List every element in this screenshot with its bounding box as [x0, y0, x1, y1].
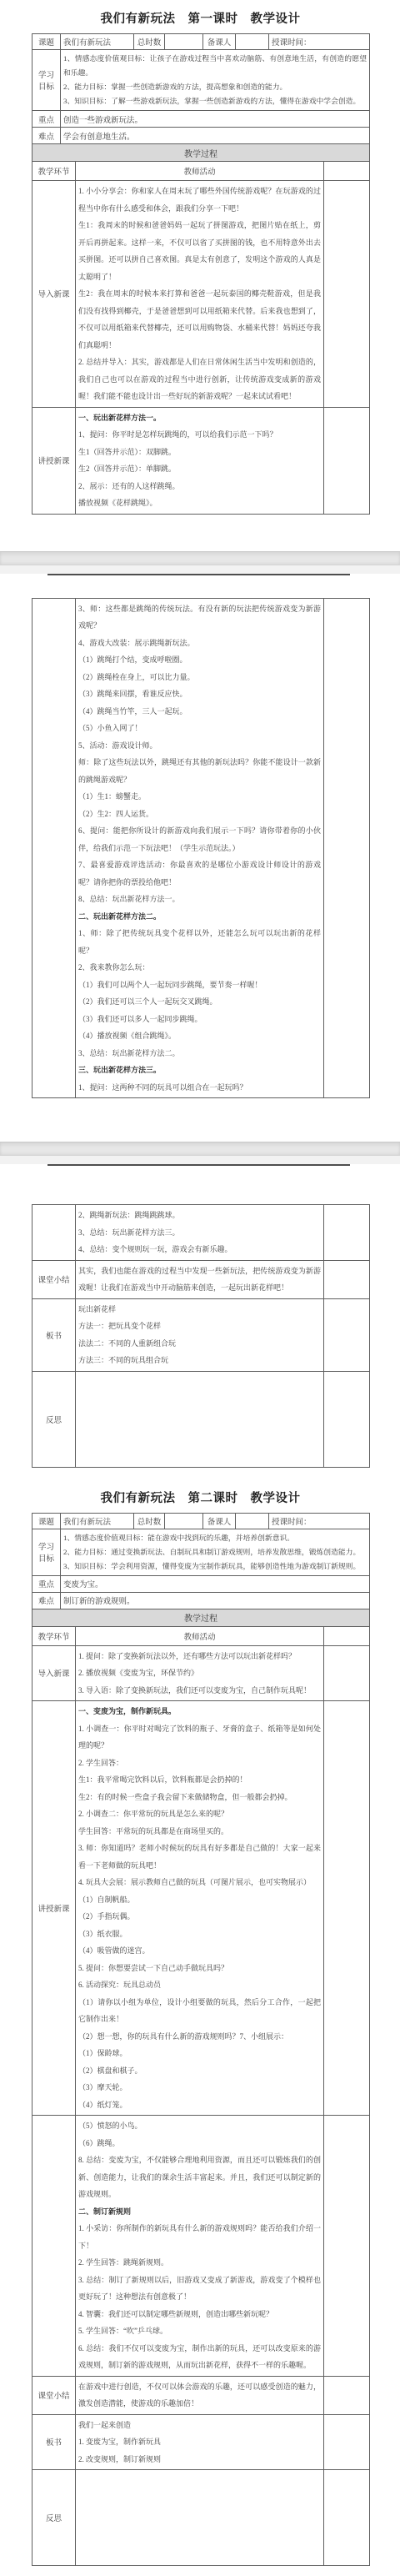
paragraph-line: 1. 小采访：你所制作的新玩具有什么新的游戏规则吗？能否给我们介绍一下！ [78, 2220, 321, 2254]
paragraph-line: 2、跳绳新玩法：跳绳跳跳球。 [78, 1207, 321, 1224]
lesson1-title: 我们有新玩法 第一课时 教学设计 [32, 0, 369, 33]
key-value-cell: 创造一些游戏新玩法。 [61, 111, 370, 128]
preparer-label-cell: 备课人 [203, 34, 236, 50]
notes-cell [324, 181, 370, 408]
summary-cell: 其实，我们也能在游戏的过程当中发现一些新玩法，把传统游戏变为新游戏喔！让我们在游… [76, 1260, 324, 1298]
paragraph-line: （3）纸衣服。 [78, 1926, 321, 1943]
continuation-rule [47, 1164, 350, 1166]
goals-row: 学习目标 1、情感态度价值观目标：能在游戏中找到玩的乐趣，并培养创新意识。2、能… [32, 1529, 370, 1575]
lesson2-title: 我们有新玩法 第二课时 教学设计 [32, 1479, 369, 1513]
paragraph-line: 在游戏中进行创造，不仅可以体会游戏的乐趣，还可以感受创造的魅力，激发创造潜能，使… [78, 2378, 321, 2413]
goals-cell: 1、情感态度价值观目标：能在游戏中找到玩的乐趣，并培养创新意识。2、能力目标：通… [61, 1529, 370, 1575]
board-label-cell: 板书 [32, 1298, 76, 1371]
page-break-1 [0, 551, 400, 565]
summary-cell: 在游戏中进行创造，不仅可以体会游戏的乐趣，还可以感受创造的魅力，激发创造潜能，使… [76, 2376, 324, 2414]
intro-row: 导入新课 1. 提问：除了变换新玩法以外，还有哪些方法可以玩出新花样吗？2. 播… [32, 1645, 370, 1701]
page-break-2 [0, 1142, 400, 1156]
paragraph-line: 5、活动：游戏设计师。 [78, 737, 321, 755]
preparer-value-cell [236, 1513, 269, 1529]
page-1: 我们有新玩法 第一课时 教学设计 课题 我们有新玩法 总时数 备课人 授课时间：… [0, 0, 400, 551]
column-header-row: 教学环节 教师活动 [32, 1626, 370, 1645]
difficulty-row: 难点 学会有创意地生活。 [32, 128, 370, 144]
paragraph-line: 生1（回答并示范）：双脚跳。 [78, 444, 321, 461]
teach-row-page2: 3、师：这些都是跳绳的传统玩法。有没有新的玩法把传统游戏变为新游戏呢？4、游戏大… [32, 598, 370, 1098]
total-hours-value-cell [165, 1513, 203, 1529]
paragraph-line: （2）我们还可以三个人一起玩交叉跳绳。 [78, 993, 321, 1011]
process-header-row: 教学过程 [32, 144, 370, 162]
paragraph-line: 2、我来教你怎么玩： [78, 959, 321, 977]
paragraph-line: 3. 总结：制订了新规则以后，旧游戏又变成了新游戏，游戏变了个模样也更好玩了！这… [78, 2272, 321, 2306]
reflection-row: 反思 [32, 2470, 370, 2566]
paragraph-line: （5）小鱼入网了！ [78, 720, 321, 737]
goals-label-cell: 学习目标 [32, 1529, 61, 1575]
teach-row-part1: 讲授新课 一、变废为宝，制作新玩具。1. 小调查一：你平时对喝完了饮料的瓶子、牙… [32, 1701, 370, 2116]
board-cell: 玩出新花样方法一：把玩具变个花样法法二：不同的人重新组合玩方法三：不同的玩具组合… [76, 1298, 324, 1371]
board-label-cell: 板书 [32, 2414, 76, 2470]
notes-cell [324, 1371, 370, 1467]
paragraph-line: （2）手指玩偶。 [78, 1908, 321, 1926]
reflection-cell [76, 2470, 324, 2566]
notes-cell [324, 2376, 370, 2414]
teach-activity-cell: 一、玩出新花样方法一。1、提问：你平时是怎样玩跳绳的，可以给我们示范一下吗？生1… [76, 407, 324, 514]
difficulty-row: 难点 制订新的游戏规则。 [32, 1592, 370, 1609]
paragraph-line: 2. 总结并导入：其实，游戏都是人们在日常休闲生活当中发明和创造的，我们自己也可… [78, 354, 321, 405]
paragraph-line: （1）保龄球。 [78, 2045, 321, 2062]
teach-activity-cell: 2、跳绳新玩法：跳绳跳跳球。3、总结：玩出新花样方法三。4、总结：变个规则玩一玩… [76, 1205, 324, 1261]
paragraph-line: 1、提问：你平时是怎样玩跳绳的，可以给我们示范一下吗？ [78, 426, 321, 444]
paragraph-line: 4. 智囊：我们还可以制定哪些新规则，创造出哪些新玩呢？ [78, 2306, 321, 2323]
total-hours-label-cell: 总时数 [134, 1513, 165, 1529]
paragraph-line: 法法二：不同的人重新组合玩 [78, 1335, 321, 1353]
lecture-time-cell: 授课时间： [269, 1513, 370, 1529]
paragraph-line: 学生回答：平常玩的玩具都是在商场里买的。 [78, 1823, 321, 1840]
teach-activity-cell: 一、变废为宝，制作新玩具。1. 小调查一：你平时对喝完了饮料的瓶子、牙膏的盒子、… [76, 1701, 324, 2116]
preparer-value-cell [236, 34, 269, 50]
page-3: 2、跳绳新玩法：跳绳跳跳球。3、总结：玩出新花样方法三。4、总结：变个规则玩一玩… [0, 1164, 400, 2576]
notes-column-cell [324, 1626, 370, 1645]
intro-stage-cell: 导入新课 [32, 181, 76, 408]
lesson1-continuation-table-page2: 3、师：这些都是跳绳的传统玩法。有没有新的玩法把传统游戏变为新游戏呢？4、游戏大… [32, 598, 370, 1099]
paragraph-line: 二、制订新规则 [78, 2203, 321, 2221]
paragraph-line: 5. 提问：你想要尝试一下自己动手做玩具吗？ [78, 1960, 321, 1977]
intro-activity-cell: 1. 小小分享会：你和家人在周末玩了哪些外国传统游戏呢？在玩游戏的过程当中你有什… [76, 181, 324, 408]
notes-cell [324, 1645, 370, 1701]
paragraph-line: （1）请你以小组为单位，设计小组要做的玩具，然后分工合作，一起把它制作出来！ [78, 1994, 321, 2028]
total-hours-value-cell [165, 34, 203, 50]
key-value-cell: 变废为宝。 [61, 1575, 370, 1592]
teach-stage-cell-empty [32, 598, 76, 1098]
reflection-label-cell: 反思 [32, 1371, 76, 1467]
total-hours-label-cell: 总时数 [134, 34, 165, 50]
paragraph-line: （3）跳绳来回摆，看谁反应快。 [78, 685, 321, 703]
paragraph-line: 1. 提问：除了变换新玩法以外，还有哪些方法可以玩出新花样吗？ [78, 1648, 321, 1665]
process-header: 教学过程 [32, 144, 370, 162]
teach-activity-cell: （5）愤怒的小鸟。（6）跳绳。8. 总结：变废为宝，不仅能够合理地利用资源，而且… [76, 2116, 324, 2377]
paragraph-line: （4）播放视频《组合跳绳》。 [78, 1027, 321, 1045]
paragraph-line: 1、情感态度价值观目标：能在游戏中找到玩的乐趣，并培养创新意识。 [63, 1531, 367, 1545]
paragraph-line: 生2：有的时候一些盒子我会留下来做储物盒，但一般都会扔掉。 [78, 1789, 321, 1806]
paragraph-line: （1）生1：螃蟹走。 [78, 788, 321, 806]
paragraph-line: 一、变废为宝，制作新玩具。 [78, 1703, 321, 1720]
paragraph-line: （3）摩天轮。 [78, 2079, 321, 2096]
paragraph-line: 8、总结：玩出新花样方法一。 [78, 891, 321, 908]
paragraph-line: 生1：我周末的时候和爸爸妈妈一起玩了拼图游戏，把图片贴在纸上，剪开后再拼起来。这… [78, 217, 321, 285]
notes-cell [324, 407, 370, 514]
subject-value-cell: 我们有新玩法 [61, 1513, 134, 1529]
paragraph-line: 1、师：除了把传统玩具变个花样以外，还能怎么玩可以玩出新的花样呢？ [78, 925, 321, 959]
paragraph-line: 6. 活动探究：玩具总动员 [78, 1976, 321, 1994]
summary-label-cell: 课堂小结 [32, 2376, 76, 2414]
key-label-cell: 重点 [32, 1575, 61, 1592]
goals-label-cell: 学习目标 [32, 50, 61, 111]
goals-row: 学习目标 1、情感态度价值观目标：让孩子在游戏过程当中喜欢动脑筋、有创意地生活，… [32, 50, 370, 111]
key-point-row: 重点 变废为宝。 [32, 1575, 370, 1592]
paragraph-line: 4. 玩具大会展：展示教师自己做的玩具（可图片展示，也可实物展示） [78, 1874, 321, 1891]
paragraph-line: （4）跳绳当竹竿，三人一起玩。 [78, 703, 321, 721]
lesson2-process-table: 教学过程 教学环节 教师活动 导入新课 1. 提问：除了变换新玩法以外，还有哪些… [32, 1609, 370, 2567]
page-2: 3、师：这些都是跳绳的传统玩法。有没有新的玩法把传统游戏变为新游戏呢？4、游戏大… [0, 574, 400, 1142]
paragraph-line: 3、总结：玩出新花样方法二。 [78, 1045, 321, 1062]
paragraph-line: 1、提问：这两种不同的玩具可以组合在一起玩吗？ [78, 1079, 321, 1097]
paragraph-line: （2）想一想，你的玩具有什么新的游戏规则吗？7、小组展示： [78, 2028, 321, 2046]
difficulty-label-cell: 难点 [32, 128, 61, 144]
page3-bottom-margin [32, 2566, 369, 2576]
board-row: 板书 我们一起来创造1. 变废为宝，制作新玩具2. 改变规则，制订新规则 [32, 2414, 370, 2470]
lesson2-info-table: 课题 我们有新玩法 总时数 备课人 授课时间： 学习目标 1、情感态度价值观目标… [32, 1513, 370, 1609]
paragraph-line: 2、展示：还有的人这样跳绳。 [78, 478, 321, 495]
notes-cell [324, 598, 370, 1098]
stage-column-header: 教学环节 [32, 162, 76, 181]
teach-stage-cell: 讲授新课 [32, 1701, 76, 2116]
difficulty-label-cell: 难点 [32, 1592, 61, 1609]
activity-column-header: 教师活动 [76, 1626, 324, 1645]
paragraph-line: 师：除了这些玩法以外，跳绳还有其他的新玩法吗？你能不能设计一款新的跳绳游戏呢？ [78, 754, 321, 788]
paragraph-line: 3、总结：玩出新花样方法三。 [78, 1224, 321, 1242]
paragraph-line: （3）我们还可以多人一起同步跳绳。 [78, 1011, 321, 1028]
notes-cell [324, 1205, 370, 1261]
process-header: 教学过程 [32, 1609, 370, 1626]
key-label-cell: 重点 [32, 111, 61, 128]
subject-label-cell: 课题 [32, 34, 61, 50]
paragraph-line: 1、情感态度价值观目标：让孩子在游戏过程当中喜欢动脑筋、有创意地生活，有创造的愿… [63, 52, 367, 80]
paragraph-line: 3、师：这些都是跳绳的传统玩法。有没有新的玩法把传统游戏变为新游戏呢？ [78, 600, 321, 635]
teach-stage-cell-empty [32, 1205, 76, 1261]
paragraph-line: 1. 小小分享会：你和家人在周末玩了哪些外国传统游戏呢？在玩游戏的过程当中你有什… [78, 183, 321, 217]
goals-cell: 1、情感态度价值观目标：让孩子在游戏过程当中喜欢动脑筋、有创意地生活，有创造的愿… [61, 50, 370, 111]
notes-cell [324, 1701, 370, 2116]
summary-row: 课堂小结 在游戏中进行创造，不仅可以体会游戏的乐趣，还可以感受创造的魅力，激发创… [32, 2376, 370, 2414]
subject-row: 课题 我们有新玩法 总时数 备课人 授课时间： [32, 1513, 370, 1529]
board-row: 板书 玩出新花样方法一：把玩具变个花样法法二：不同的人重新组合玩方法三：不同的玩… [32, 1298, 370, 1371]
teach-activity-cell: 3、师：这些都是跳绳的传统玩法。有没有新的玩法把传统游戏变为新游戏呢？4、游戏大… [76, 598, 324, 1098]
paragraph-line: 4、游戏大改装：展示跳绳新玩法。 [78, 635, 321, 652]
continuation-rule [47, 574, 350, 575]
paragraph-line: 7、最喜爱游戏评选活动：你最喜欢的是哪位小游戏设计师设计的游戏呢？请你把你的票投… [78, 856, 321, 891]
paragraph-line: （2）生2：四人运货。 [78, 806, 321, 823]
summary-label-cell: 课堂小结 [32, 1260, 76, 1298]
paragraph-line: 二、玩出新花样方法二。 [78, 908, 321, 926]
teach-row-page3: 2、跳绳新玩法：跳绳跳跳球。3、总结：玩出新花样方法三。4、总结：变个规则玩一玩… [32, 1205, 370, 1261]
paragraph-line: （1）我们可以两个人一起玩同步跳绳，要节奏一样喔！ [78, 977, 321, 994]
paragraph-line: 我们一起来创造 [78, 2417, 321, 2434]
lesson1-continuation-table-page3: 2、跳绳新玩法：跳绳跳跳球。3、总结：玩出新花样方法三。4、总结：变个规则玩一玩… [32, 1204, 370, 1468]
column-header-row: 教学环节 教师活动 [32, 162, 370, 181]
teach-row-page1: 讲授新课 一、玩出新花样方法一。1、提问：你平时是怎样玩跳绳的，可以给我们示范一… [32, 407, 370, 514]
paragraph-line: （1）跳绳打个结，变成呼啦圈。 [78, 651, 321, 669]
paragraph-line: 3. 师：你知道吗？老师小时候玩的玩具有好多都是自己做的！大家一起来看一下老师做… [78, 1840, 321, 1874]
page2-bottom-margin [32, 1098, 369, 1142]
reflection-cell [76, 1371, 324, 1467]
paragraph-line: （1）自制帆船。 [78, 1891, 321, 1909]
paragraph-line: 2. 学生回答： [78, 1755, 321, 1772]
paragraph-line: 生1：我平常喝完饮料以后，饮料瓶都是会扔掉的！ [78, 1771, 321, 1789]
lesson1-process-table: 教学过程 教学环节 教师活动 导入新课 1. 小小分享会：你和家人在周末玩了哪些… [32, 143, 370, 515]
paragraph-line: 2、能力目标：通过变换新玩法、自制玩具和制订游戏规则，培养发散思维，锻炼创造能力… [63, 1545, 367, 1559]
intro-stage-cell: 导入新课 [32, 1645, 76, 1701]
paragraph-line: 其实，我们也能在游戏的过程当中发现一些新玩法，把传统游戏变为新游戏喔！让我们在游… [78, 1263, 321, 1297]
lesson1-info-table: 课题 我们有新玩法 总时数 备课人 授课时间： 学习目标 1、情感态度价值观目标… [32, 33, 370, 144]
document: 我们有新玩法 第一课时 教学设计 课题 我们有新玩法 总时数 备课人 授课时间：… [0, 0, 400, 2576]
teach-stage-cell: 讲授新课 [32, 407, 76, 514]
activity-column-header: 教师活动 [76, 162, 324, 181]
notes-cell [324, 1260, 370, 1298]
process-header-row: 教学过程 [32, 1609, 370, 1626]
paragraph-line: 2. 改变规则，制订新规则 [78, 2451, 321, 2468]
paragraph-line: 1. 小调查一：你平时对喝完了饮料的瓶子、牙膏的盒子、纸箱等是如何处理的呢？ [78, 1720, 321, 1755]
paragraph-line: （6）跳绳。 [78, 2135, 321, 2152]
paragraph-line: 5. 学生回答：“吹”乒乓球。 [78, 2322, 321, 2340]
lecture-time-cell: 授课时间： [269, 34, 370, 50]
paragraph-line: 三、玩出新花样方法三。 [78, 1062, 321, 1079]
paragraph-line: 生2（回答并示范）：单脚跳。 [78, 460, 321, 478]
paragraph-line: 6. 总结：我们不仅可以变废为宝，制作出新的玩具，还可以改变原来的游戏规则，制订… [78, 2340, 321, 2374]
paragraph-line: 2. 播放视频《变废为宝，环保节约》 [78, 1665, 321, 1682]
summary-row: 课堂小结 其实，我们也能在游戏的过程当中发现一些新玩法，把传统游戏变为新游戏喔！… [32, 1260, 370, 1298]
paragraph-line: 2. 学生回答：跳绳新规则。 [78, 2254, 321, 2272]
notes-column-cell [324, 162, 370, 181]
notes-cell [324, 1298, 370, 1371]
board-cell: 我们一起来创造1. 变废为宝，制作新玩具2. 改变规则，制订新规则 [76, 2414, 324, 2470]
paragraph-line: （2）跳绳栓在身上，可以比力量。 [78, 669, 321, 686]
key-point-row: 重点 创造一些游戏新玩法。 [32, 111, 370, 128]
paragraph-line: 2. 小调查二：你平常玩的玩具是怎么来的呢？ [78, 1805, 321, 1823]
teach-row-part2: （5）愤怒的小鸟。（6）跳绳。8. 总结：变废为宝，不仅能够合理地利用资源，而且… [32, 2116, 370, 2377]
paragraph-line: 6、提问：能把你所设计的新游戏向我们展示一下吗？请你带着你的小伙伴，给我们示范一… [78, 822, 321, 856]
intro-row: 导入新课 1. 小小分享会：你和家人在周末玩了哪些外国传统游戏呢？在玩游戏的过程… [32, 181, 370, 408]
paragraph-line: 方法三：不同的玩具组合玩 [78, 1352, 321, 1369]
paragraph-line: （2）棋盘和棋子。 [78, 2062, 321, 2080]
notes-cell [324, 2470, 370, 2566]
notes-cell [324, 2414, 370, 2470]
lesson2-block: 我们有新玩法 第二课时 教学设计 课题 我们有新玩法 总时数 备课人 授课时间：… [32, 1479, 369, 2567]
paragraph-line: （5）愤怒的小鸟。 [78, 2117, 321, 2135]
paragraph-line: 玩出新花样 [78, 1301, 321, 1318]
subject-value-cell: 我们有新玩法 [61, 34, 134, 50]
paragraph-line: （4）纸灯笼。 [78, 2096, 321, 2114]
difficulty-value-cell: 制订新的游戏规则。 [61, 1592, 370, 1609]
teach-stage-cell-empty [32, 2116, 76, 2377]
paragraph-line: （4）吸管做的迷宫。 [78, 1942, 321, 1960]
difficulty-value-cell: 学会有创意地生活。 [61, 128, 370, 144]
paragraph-line: 8. 总结：变废为宝，不仅能够合理地利用资源，而且还可以锻炼我们的创新、创造能力… [78, 2152, 321, 2203]
subject-row: 课题 我们有新玩法 总时数 备课人 授课时间： [32, 34, 370, 50]
reflection-label-cell: 反思 [32, 2470, 76, 2566]
paragraph-line: 1. 变废为宝，制作新玩具 [78, 2433, 321, 2451]
paragraph-line: 4、总结：变个规则玩一玩，游戏会有新乐趣。 [78, 1241, 321, 1258]
paragraph-line: 3. 导入语：除了变换新玩法，我们还可以变废为宝，自己制作玩具呢！ [78, 1682, 321, 1700]
paragraph-line: 2、能力目标：掌握一些创造新游戏的方法，提高想象和创造的能力。 [63, 80, 367, 94]
paragraph-line: 方法一：把玩具变个花样 [78, 1318, 321, 1335]
paragraph-line: 3、知识目标：了解一些游戏新玩法，掌握一些创造新游戏的方法，懂得在游戏中学会创造… [63, 94, 367, 108]
paragraph-line: 3、知识目标：学会利用资源，懂得变废为宝制作新玩具，能够创造性地为游戏制订新规则… [63, 1559, 367, 1574]
paragraph-line: 一、玩出新花样方法一。 [78, 409, 321, 427]
stage-column-header: 教学环节 [32, 1626, 76, 1645]
page1-bottom-margin [32, 515, 369, 551]
notes-cell [324, 2116, 370, 2377]
preparer-label-cell: 备课人 [203, 1513, 236, 1529]
subject-label-cell: 课题 [32, 1513, 61, 1529]
reflection-row: 反思 [32, 1371, 370, 1467]
intro-activity-cell: 1. 提问：除了变换新玩法以外，还有哪些方法可以玩出新花样吗？2. 播放视频《变… [76, 1645, 324, 1701]
paragraph-line: 播放视频《花样跳绳》。 [78, 495, 321, 512]
paragraph-line: 生2：我在周末的时候本来打算和爸爸一起玩泰国的椰壳鞋游戏，但是我们没有找得到椰壳… [78, 285, 321, 354]
